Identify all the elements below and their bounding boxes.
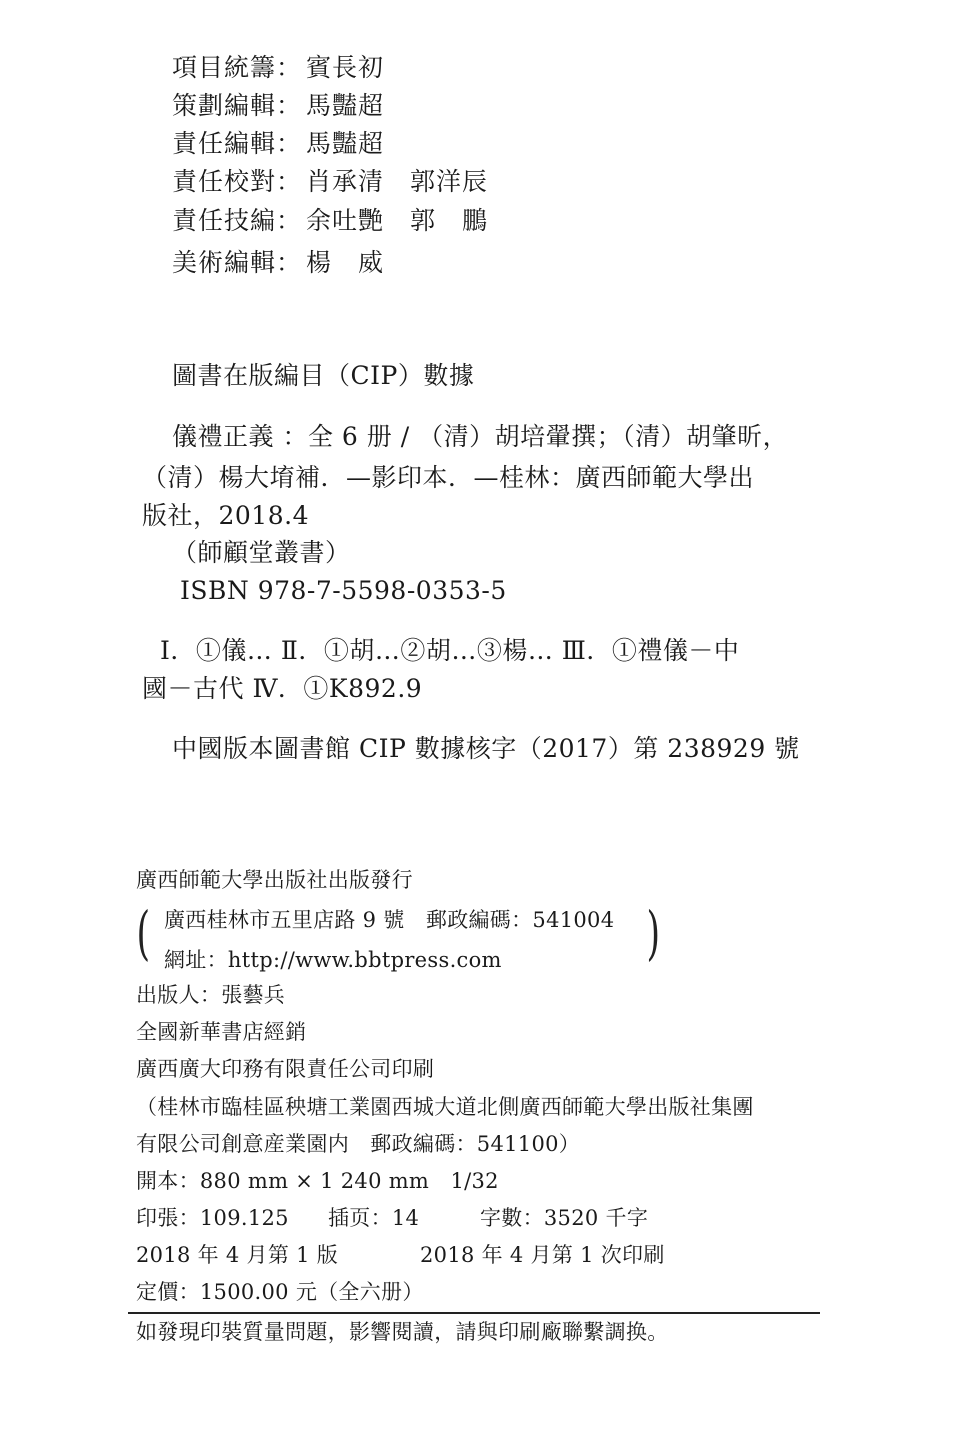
credit-art-editor: 美術編輯：楊 威 (172, 250, 384, 275)
credit-technical-editor: 責任技編：余吐艷 郭 鵬 (172, 208, 488, 233)
credit-names: 馬豔超 (306, 93, 384, 118)
price: 定價：1500.00 元（全六册） (136, 1282, 424, 1303)
edition: 2018 年 4 月第 1 版 (136, 1245, 338, 1266)
credit-role: 責任校對： (172, 169, 302, 194)
printer-address-line-2: 有限公司創意産業園内 郵政編碼：541100） (136, 1134, 580, 1155)
credit-responsible-editor: 責任編輯：馬豔超 (172, 131, 384, 156)
cip-series: （師顧堂叢書） (172, 540, 351, 565)
cip-subject-line-1: Ⅰ．①儀… Ⅱ．①胡…②胡…③楊… Ⅲ．①禮儀－中 (160, 638, 739, 663)
left-bracket: ( (137, 904, 151, 962)
credit-role: 責任技編： (172, 208, 302, 233)
credit-names: 肖承清 郭洋辰 (306, 169, 488, 194)
credit-names: 賓長初 (306, 55, 384, 80)
print-sheets: 印張：109.125 (136, 1208, 289, 1229)
publisher-person: 出版人：張藝兵 (136, 985, 285, 1006)
publisher-line: 廣西師範大學出版社出版發行 (136, 870, 413, 891)
cip-record-number: 中國版本圖書館 CIP 數據核字（2017）第 238929 號 (172, 736, 800, 761)
credit-names: 楊 威 (306, 250, 384, 275)
credit-role: 美術編輯： (172, 250, 302, 275)
format-line: 開本：880 mm × 1 240 mm 1/32 (136, 1171, 499, 1192)
inserts: 插页：14 (328, 1208, 419, 1229)
cip-entry-line-1: 儀禮正義 ：全 6 册 / （清）胡培翬撰；（清）胡肇昕， (172, 424, 788, 449)
divider-line (128, 1312, 820, 1314)
credit-names: 馬豔超 (306, 131, 384, 156)
distributor-line: 全國新華書店經銷 (136, 1022, 306, 1043)
word-count: 字數：3520 千字 (480, 1208, 648, 1229)
cip-heading: 圖書在版編目（CIP）數據 (172, 363, 474, 388)
credit-names: 余吐艷 郭 鵬 (306, 208, 488, 233)
cip-isbn: ISBN 978-7-5598-0353-5 (180, 578, 507, 603)
credit-role: 策劃編輯： (172, 93, 302, 118)
credit-role: 責任編輯： (172, 131, 302, 156)
credit-proofreader: 責任校對：肖承清 郭洋辰 (172, 169, 488, 194)
cip-subject-line-2: 國－古代 Ⅳ．①K892.9 (142, 676, 422, 701)
publisher-address: 廣西桂林市五里店路 9 號 郵政編碼：541004 (164, 910, 614, 931)
credit-project-coordinator: 項目統籌：賓長初 (172, 55, 384, 80)
right-bracket: ) (647, 904, 661, 962)
printer-address-line-1: （桂林市臨桂區秧塘工業園西城大道北側廣西師範大學出版社集團 (136, 1097, 754, 1118)
printing: 2018 年 4 月第 1 次印刷 (420, 1245, 665, 1266)
printer-line: 廣西廣大印務有限責任公司印刷 (136, 1059, 434, 1080)
credit-planning-editor: 策劃編輯：馬豔超 (172, 93, 384, 118)
credit-role: 項目統籌： (172, 55, 302, 80)
cip-entry-line-3: 版社，2018.4 (142, 503, 309, 528)
publisher-website: 網址：http://www.bbtpress.com (164, 950, 502, 971)
cip-entry-line-2: （清）楊大堉補．—影印本．—桂林：廣西師範大學出 (142, 465, 754, 490)
quality-notice: 如發現印裝質量問題，影響閱讀，請與印刷廠聯繫調换。 (136, 1322, 669, 1343)
